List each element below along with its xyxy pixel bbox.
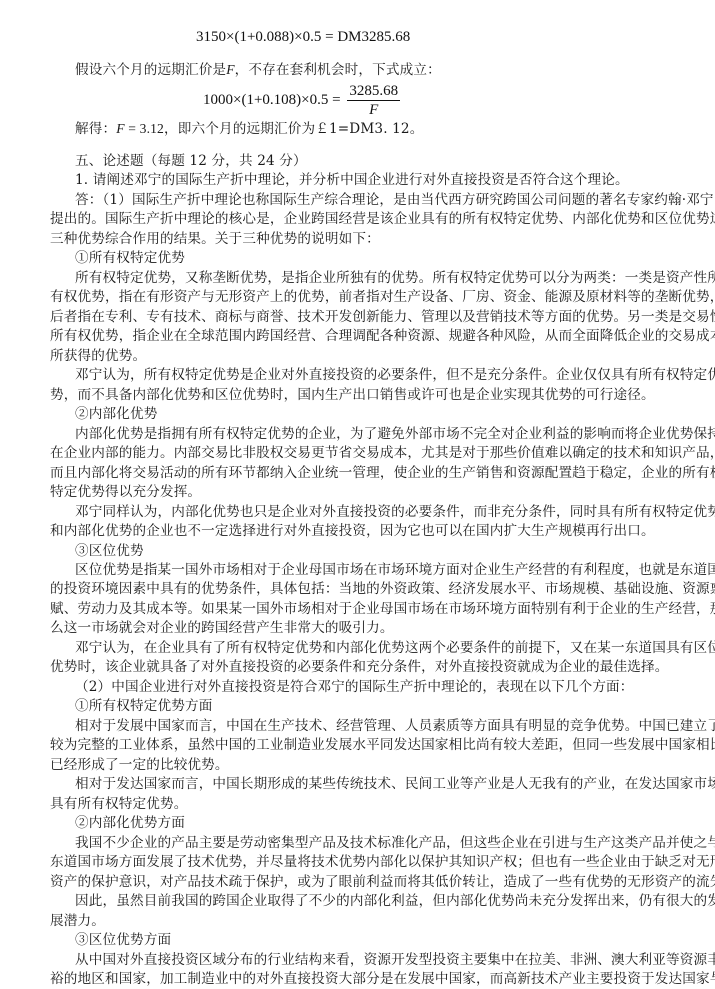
equation-interest-gbp: 1000×(1+0.108)×0.5 = 3285.68 F [203, 82, 400, 119]
answer-paragraph: 三种优势综合作用的结果。关于三种优势的说明如下： [50, 229, 665, 249]
variable-f: F [116, 121, 124, 136]
paragraph-line: 东道国市场方面发展了技术优势，并尽量将技术优势内部化以保护其知识产权；但也有一些… [50, 852, 665, 872]
paragraph-line: 优势时，该企业就具备了对外直接投资的必要条件和充分条件，对外直接投资就成为企业的… [50, 657, 665, 677]
subheading-ownership-advantage: ①所有权特定优势 [75, 248, 665, 268]
assumption-tail: ，不存在套利机会时，下式成立： [235, 62, 441, 78]
paragraph-line: 裕的地区和国家，加工制造业中的对外直接投资大部分是在发展中国家，而高新技术产业主… [50, 969, 665, 989]
fraction-denominator: F [347, 101, 400, 119]
paragraph-line: 相对于发展中国家而言，中国在生产技术、经营管理、人员素质等方面具有明显的竞争优势… [75, 716, 665, 736]
paragraph-line: 的投资环境因素中具有的优势条件，具体包括：当地的外资政策、经济发展水平、市场规模… [50, 579, 665, 599]
forward-rate-assumption: 假设六个月的远期汇价是F，不存在套利机会时，下式成立： [75, 60, 690, 80]
paragraph-line: 特定优势得以充分发挥。 [50, 482, 665, 502]
paragraph-line: 具有所有权特定优势。 [50, 794, 665, 814]
paragraph-line: （2）中国企业进行对外直接投资是符合邓宁的国际生产折中理论的，表现在以下几个方面… [75, 677, 665, 697]
paragraph-line: 有权优势，指在有形资产与无形资产上的优势，前者指对生产设备、厂房、资金、能源及原… [50, 287, 665, 307]
solution-tail: ，即六个月的远期汇价为￡1=DM3. 12。 [164, 121, 423, 137]
paragraph-line: 我国不少企业的产品主要是劳动密集型产品及技术标准化产品，但这些企业在引进与生产这… [75, 833, 665, 853]
variable-f: F [226, 62, 234, 77]
answer-paragraph: 提出的。国际生产折中理论的核心是，企业跨国经营是该企业具有的所有权特定优势、内部… [50, 209, 665, 229]
answer-paragraph: 答：（1）国际生产折中理论也称国际生产综合理论，是由当代西方研究跨国公司问题的著… [75, 190, 665, 210]
paragraph-line: 展潜力。 [50, 911, 665, 931]
fraction-numerator: 3285.68 [347, 82, 400, 101]
subheading-ownership-aspect: ①所有权特定优势方面 [75, 696, 665, 716]
subheading-location-advantage: ③区位优势 [75, 541, 665, 561]
paragraph-line: 邓宁认为，所有权特定优势是企业对外直接投资的必要条件，但不是充分条件。企业仅仅具… [75, 365, 665, 385]
paragraph-line: 因此，虽然目前我国的跨国企业取得了不少的内部化利益，但内部化优势尚未充分发挥出来… [75, 891, 665, 911]
paragraph-line: 内部化优势是指拥有所有权特定优势的企业，为了避免外部市场不完全对企业利益的影响而… [75, 424, 665, 444]
solution-prefix: 解得： [75, 121, 116, 137]
equation-left: 1000×(1+0.108)×0.5 = [203, 92, 341, 108]
subheading-location-aspect: ③区位优势方面 [75, 930, 665, 950]
paragraph-line: 区位优势是指某一国外市场相对于企业母国市场在市场环境方面对企业生产经营的有利程度… [75, 560, 665, 580]
question-title: 1. 请阐述邓宁的国际生产折中理论，并分析中国企业进行对外直接投资是否符合这个理… [75, 170, 665, 190]
paragraph-line: 在企业内部的能力。内部交易比非股权交易更节省交易成本，尤其是对于那些价值难以确定… [50, 443, 665, 463]
solution-value: = 3.12 [125, 121, 164, 136]
equation-text: 3150×(1+0.088)×0.5 = DM3285.68 [196, 29, 410, 45]
paragraph-line: 邓宁同样认为，内部化优势也只是企业对外直接投资的必要条件，而非充分条件，同时具有… [75, 502, 665, 522]
paragraph-line: 资产的保护意识，对产品技术疏于保护，或为了眼前利益而将其低价转让，造成了一些有优… [50, 872, 665, 892]
subheading-internalization-aspect: ②内部化优势方面 [75, 813, 665, 833]
paragraph-line: 赋、劳动力及其成本等。如果某一国外市场相对于企业母国市场在市场环境方面特别有利于… [50, 599, 665, 619]
subheading-internalization-advantage: ②内部化优势 [75, 404, 665, 424]
paragraph-line: 所获得的优势。 [50, 346, 665, 366]
paragraph-line: 所有权特定优势，又称垄断优势，是指企业所独有的优势。所有权特定优势可以分为两类：… [75, 268, 665, 288]
solution-line: 解得：F = 3.12，即六个月的远期汇价为￡1=DM3. 12。 [75, 119, 690, 139]
paragraph-line: 和内部化优势的企业也不一定选择进行对外直接投资，因为它也可以在国内扩大生产规模再… [50, 521, 665, 541]
paragraph-line: 所有权优势，指企业在全球范围内跨国经营、合理调配各种资源、规避各种风险，从而全面… [50, 326, 665, 346]
paragraph-line: 较为完整的工业体系，虽然中国的工业制造业发展水平同发达国家相比尚有较大差距，但同… [50, 735, 665, 755]
paragraph-line: 从中国对外直接投资区域分布的行业结构来看，资源开发型投资主要集中在拉美、非洲、澳… [75, 950, 665, 970]
equation-interest-dm: 3150×(1+0.088)×0.5 = DM3285.68 [196, 29, 410, 46]
assumption-text: 假设六个月的远期汇价是 [75, 62, 226, 78]
paragraph-line: 已经形成了一定的比较优势。 [50, 755, 665, 775]
paragraph-line: 而且内部化将交易活动的所有环节都纳入企业统一管理，使企业的生产销售和资源配置趋于… [50, 463, 665, 483]
paragraph-line: 么这一市场就会对企业的跨国经营产生非常大的吸引力。 [50, 618, 665, 638]
paragraph-line: 势，而不具备内部化优势和区位优势时，国内生产出口销售或许可也是企业实现其优势的可… [50, 385, 665, 405]
fraction: 3285.68 F [347, 82, 400, 119]
paragraph-line: 邓宁认为，在企业具有了所有权特定优势和内部化优势这两个必要条件的前提下，又在某一… [75, 638, 665, 658]
paragraph-line: 相对于发达国家而言，中国长期形成的某些传统技术、民间工业等产业是人无我有的产业，… [75, 774, 665, 794]
paragraph-line: 后者指在专利、专有技术、商标与商誉、技术开发创新能力、管理以及营销技术等方面的优… [50, 307, 665, 327]
document-page: 3150×(1+0.088)×0.5 = DM3285.68 假设六个月的远期汇… [0, 0, 715, 989]
section-heading: 五、论述题（每题 12 分，共 24 分） [75, 151, 665, 171]
